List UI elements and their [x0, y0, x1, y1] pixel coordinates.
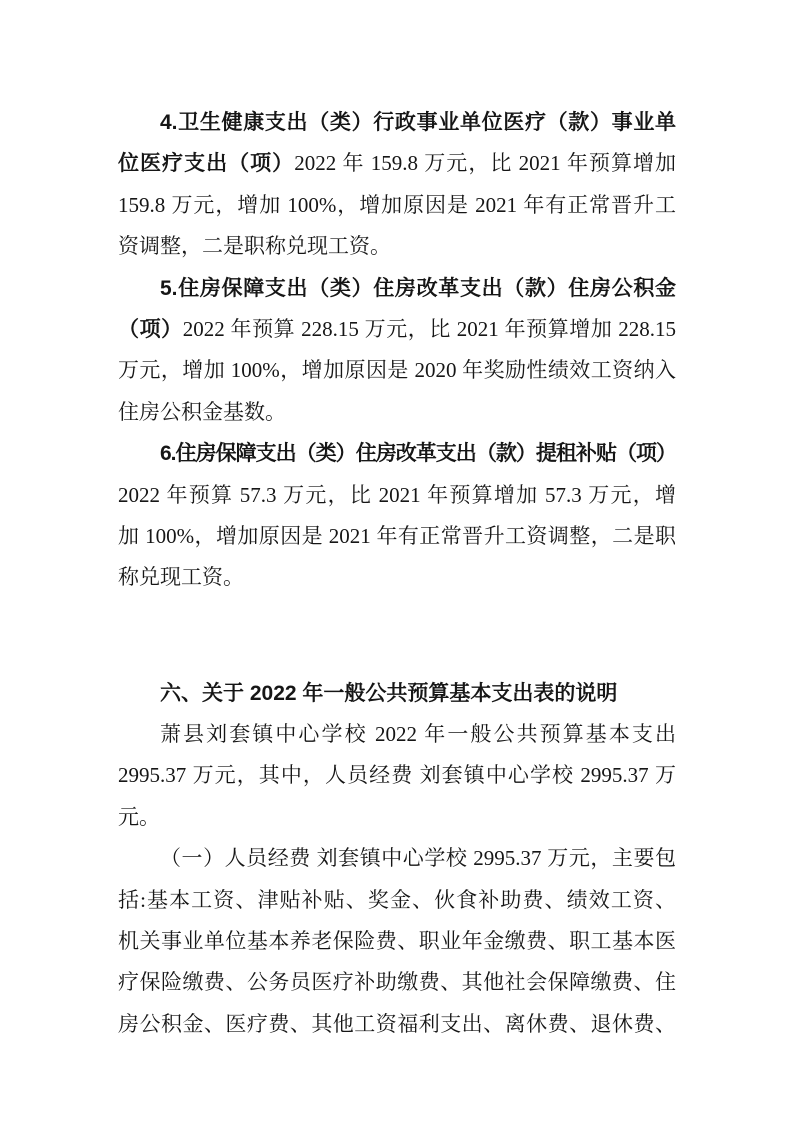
text-line: 萧县刘套镇中心学校 2022 年一般公共预算基本支出 — [118, 714, 676, 755]
bold-text-run: 六、关于 2022 年一般公共预算基本支出表的说明 — [160, 682, 617, 705]
text-run: 称兑现工资。 — [118, 565, 244, 589]
text-run: 萧县刘套镇中心学校 2022 年一般公共预算基本支出 — [160, 722, 676, 746]
text-line: 6.住房保障支出（类）住房改革支出（款）提租补贴（项） — [118, 433, 676, 474]
text-line: 住房公积金基数。 — [118, 392, 676, 433]
text-run: 疗保险缴费、公务员医疗补助缴费、其他社会保障缴费、住 — [118, 970, 676, 994]
text-run: 资调整，二是职称兑现工资。 — [118, 234, 391, 258]
text-line: 位医疗支出（项）2022 年 159.8 万元，比 2021 年预算增加 — [118, 143, 676, 184]
text-line: 疗保险缴费、公务员医疗补助缴费、其他社会保障缴费、住 — [118, 962, 676, 1003]
text-line: 2995.37 万元，其中，人员经费 刘套镇中心学校 2995.37 万 — [118, 755, 676, 796]
text-line: 159.8 万元，增加 100%，增加原因是 2021 年有正常晋升工 — [118, 185, 676, 226]
text-run: 住房公积金基数。 — [118, 400, 286, 424]
text-run: 2995.37 万元，其中，人员经费 刘套镇中心学校 2995.37 万 — [118, 763, 676, 787]
text-line: 机关事业单位基本养老保险费、职业年金缴费、职工基本医 — [118, 921, 676, 962]
text-run: 机关事业单位基本养老保险费、职业年金缴费、职工基本医 — [118, 929, 676, 953]
bold-text-run: 6.住房保障支出（类）住房改革支出（款）提租补贴（项） — [160, 442, 676, 465]
text-line: 元。 — [118, 797, 676, 838]
text-line: 5.住房保障支出（类）住房改革支出（款）住房公积金 — [118, 268, 676, 309]
bold-text-run: 位医疗支出（项） — [118, 152, 294, 175]
text-run: 2022 年预算 228.15 万元，比 2021 年预算增加 228.15 — [183, 317, 676, 341]
text-line: 加 100%，增加原因是 2021 年有正常晋升工资调整，二是职 — [118, 516, 676, 557]
text-line: 万元，增加 100%，增加原因是 2020 年奖励性绩效工资纳入 — [118, 350, 676, 391]
text-line: （项）2022 年预算 228.15 万元，比 2021 年预算增加 228.1… — [118, 309, 676, 350]
bold-text-run: （项） — [118, 318, 183, 341]
bold-text-run: 4.卫生健康支出（类）行政事业单位医疗（款）事业单 — [160, 111, 676, 134]
text-line: 4.卫生健康支出（类）行政事业单位医疗（款）事业单 — [118, 102, 676, 143]
document-page: 4.卫生健康支出（类）行政事业单位医疗（款）事业单位医疗支出（项）2022 年 … — [0, 0, 793, 1122]
text-line: （一）人员经费 刘套镇中心学校 2995.37 万元，主要包 — [118, 838, 676, 879]
section-heading: 六、关于 2022 年一般公共预算基本支出表的说明 — [118, 673, 676, 714]
text-run: （一）人员经费 刘套镇中心学校 2995.37 万元，主要包 — [160, 846, 676, 870]
text-line: 称兑现工资。 — [118, 557, 676, 598]
text-run: 加 100%，增加原因是 2021 年有正常晋升工资调整，二是职 — [118, 524, 676, 548]
document-body: 4.卫生健康支出（类）行政事业单位医疗（款）事业单位医疗支出（项）2022 年 … — [118, 102, 676, 1045]
text-run: 括:基本工资、津贴补贴、奖金、伙食补助费、绩效工资、 — [118, 888, 676, 912]
text-line: 房公积金、医疗费、其他工资福利支出、离休费、退休费、 — [118, 1004, 676, 1045]
text-run: 2022 年预算 57.3 万元，比 2021 年预算增加 57.3 万元，增 — [118, 483, 676, 507]
text-run: 2022 年 159.8 万元，比 2021 年预算增加 — [294, 151, 676, 175]
text-line: 资调整，二是职称兑现工资。 — [118, 226, 676, 267]
text-run: 房公积金、医疗费、其他工资福利支出、离休费、退休费、 — [118, 1012, 676, 1036]
text-run: 元。 — [118, 805, 160, 829]
text-run: 159.8 万元，增加 100%，增加原因是 2021 年有正常晋升工 — [118, 193, 676, 217]
text-run: 万元，增加 100%，增加原因是 2020 年奖励性绩效工资纳入 — [118, 358, 676, 382]
bold-text-run: 5.住房保障支出（类）住房改革支出（款）住房公积金 — [160, 277, 676, 300]
text-line: 括:基本工资、津贴补贴、奖金、伙食补助费、绩效工资、 — [118, 880, 676, 921]
text-line: 2022 年预算 57.3 万元，比 2021 年预算增加 57.3 万元，增 — [118, 475, 676, 516]
